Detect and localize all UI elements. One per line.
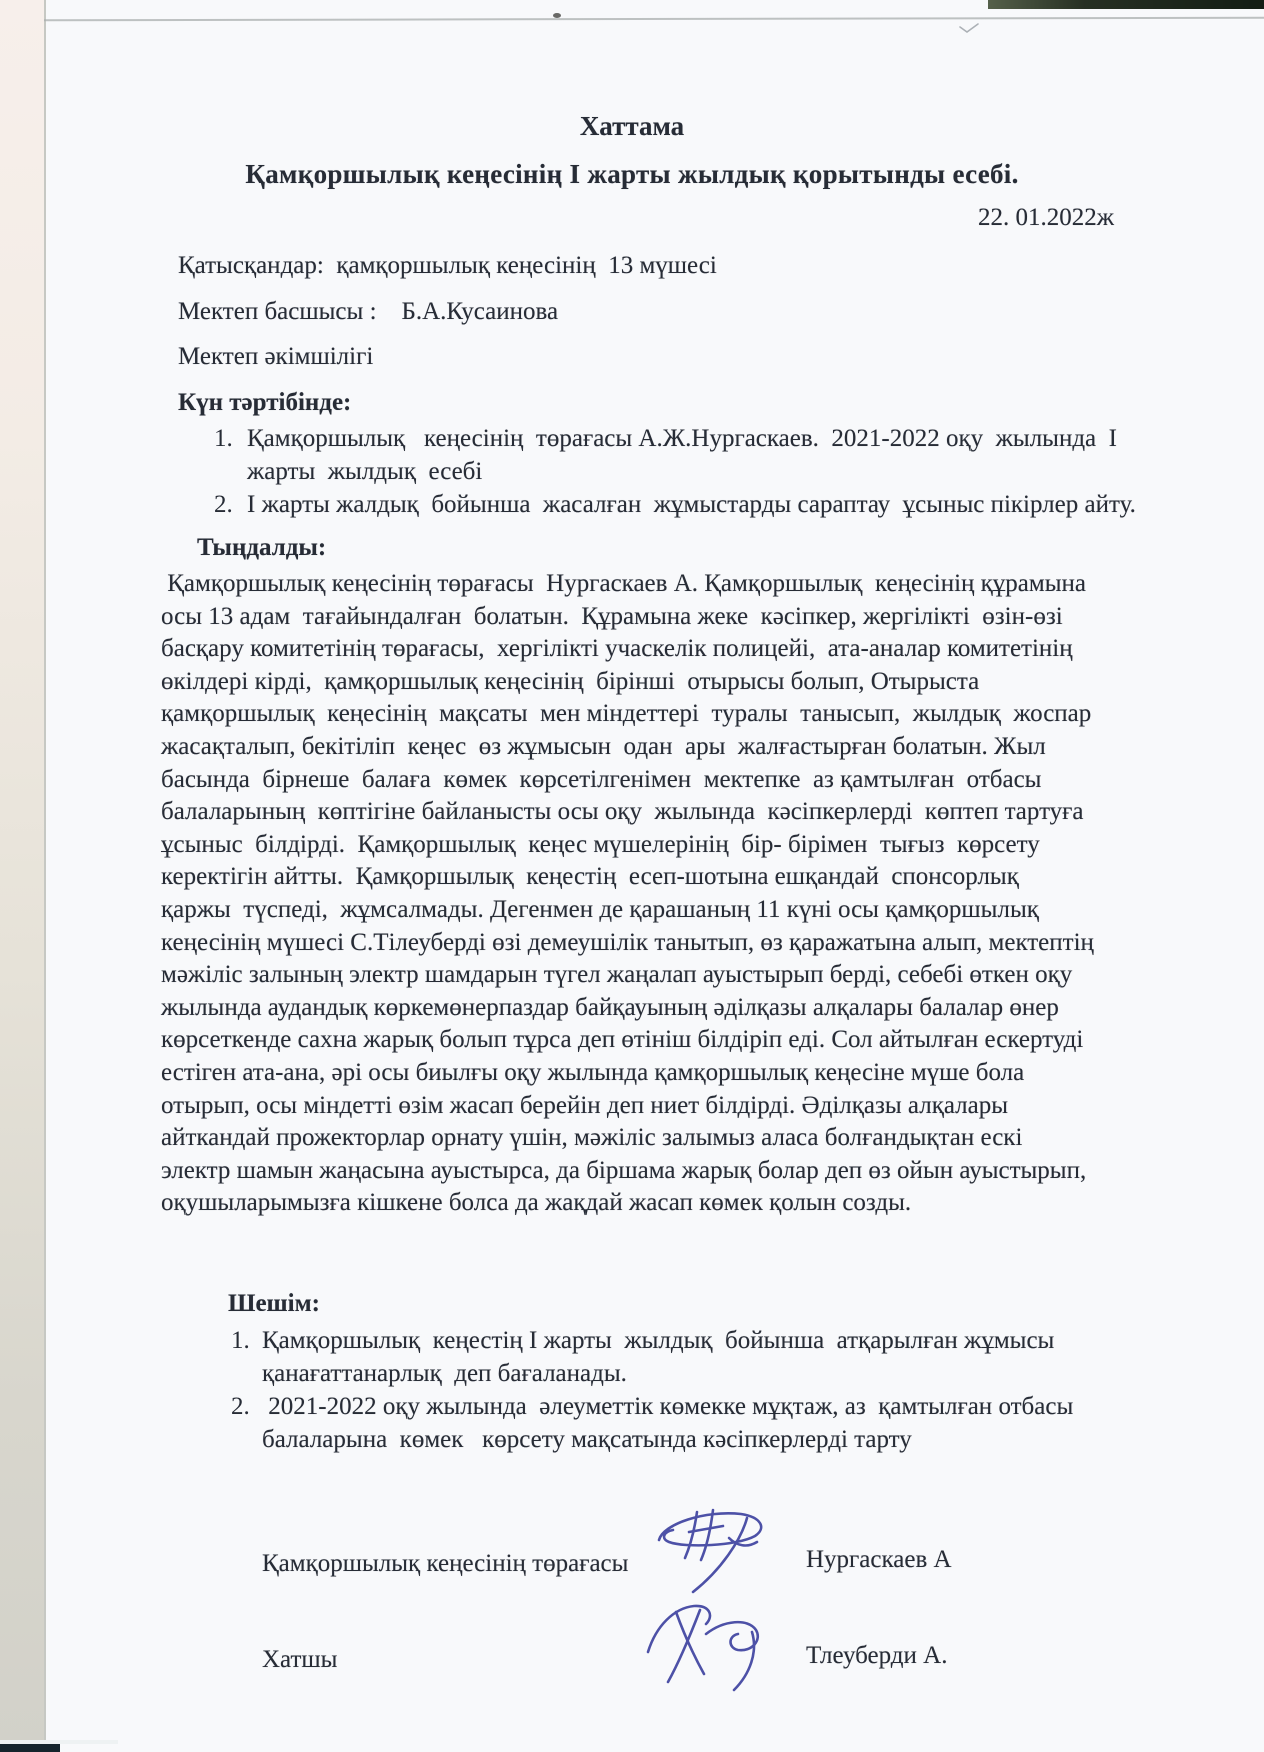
agenda-heading: Күн тәртібінде: (178, 386, 351, 419)
agenda-item: I жарты жалдық бойынша жасалған жұмыстар… (247, 488, 1136, 521)
chairman-signature (645, 1496, 785, 1596)
chairman-role-label: Қамқоршылық кеңесінің төрағасы (262, 1547, 628, 1580)
chairman-name: Нургаскаев А (806, 1543, 952, 1576)
decision-heading: Шешім: (228, 1287, 320, 1320)
secretary-signature (640, 1590, 785, 1695)
document-title: Хаттама (0, 110, 1264, 143)
scan-left-edge-strip (0, 0, 46, 1752)
agenda-item: Қамқоршылық кеңесінің төрағасы А.Ж.Нурга… (247, 422, 1117, 488)
decision-item-number: 1. (231, 1324, 250, 1357)
scan-check-mark (958, 22, 980, 36)
agenda-item-number: 1. (214, 422, 233, 455)
document-date: 22. 01.2022ж (978, 201, 1114, 234)
decision-item: 2021-2022 оқу жылында әлеуметтік көмекке… (262, 1390, 1073, 1456)
secretary-name: Тлеуберди А. (806, 1639, 947, 1672)
participants-line: Қатысқандар: қамқоршылық кеңесінің 13 мү… (178, 249, 717, 282)
school-head-line: Мектеп басшысы : Б.А.Кусаинова (178, 295, 558, 328)
administration-line: Мектеп әкімшілігі (178, 340, 373, 373)
decision-item: Қамқоршылық кеңестің I жарты жылдық бойы… (262, 1324, 1054, 1390)
document-subtitle: Қамқоршылық кеңесінің I жарты жылдық қор… (0, 158, 1264, 191)
scan-speck (553, 13, 561, 18)
secretary-role-label: Хатшы (262, 1643, 337, 1676)
scanned-document-page: { "title": "Хаттама", "subtitle": "Қамқо… (0, 0, 1264, 1752)
scan-top-paper-edge (44, 17, 1264, 22)
scan-bottom-left-dark-bar (0, 1744, 60, 1752)
listened-heading: Тыңдалды: (197, 531, 326, 564)
agenda-item-number: 2. (214, 488, 233, 521)
scan-top-right-dark-band (988, 0, 1264, 9)
listened-paragraph: Қамқоршылық кеңесінің төрағасы Нургаскае… (161, 568, 1094, 1220)
decision-item-number: 2. (231, 1390, 250, 1423)
